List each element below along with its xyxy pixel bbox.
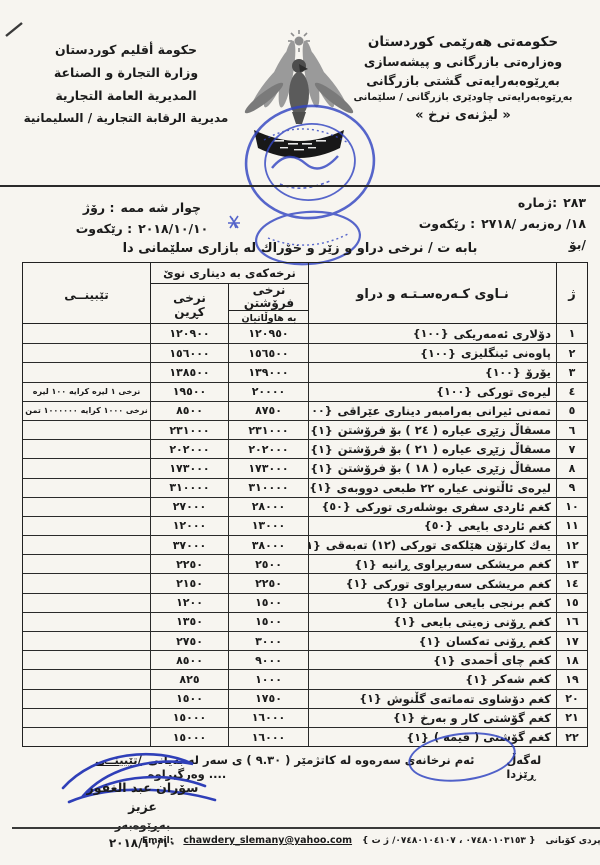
sell-price-cell: ١٢٠٩٥٠ — [229, 324, 309, 343]
column-header-buy-price: نرخى كڕین — [151, 284, 229, 326]
column-group-prices: نرخەكەى بە دینارى نوێ نرخى كڕین نرخى فرۆ… — [151, 263, 309, 326]
item-name: كغم مریشكى سەربڕاوى توركى — [373, 577, 551, 591]
item-name: كغم مریشكى سەربڕاوى ڕانیە — [382, 557, 551, 571]
item-name: مسقاڵ زێڕى عیارە ( ٢٤ ) بۆ فرۆشتن — [338, 423, 551, 437]
row-number-cell: ١٤ — [557, 573, 587, 592]
buy-price-cell: ١٧٣٠٠٠ — [151, 458, 229, 477]
item-name: كغم ئاردى بایعى — [458, 519, 551, 533]
item-name-cell: {١} یەك كارتۆن هێلكەى توركى (١٢) تەبەقى — [309, 535, 557, 554]
row-number-cell: ١٣ — [557, 554, 587, 573]
item-quantity: {١} — [309, 539, 321, 552]
item-quantity: {١٠٠} — [413, 327, 449, 340]
sell-price-cell: ٢٠٠٠٠ — [229, 382, 309, 401]
item-name-cell: {١} كغم دۆشاوى تەماتەى گڵنوش — [309, 689, 557, 708]
item-name: كغم ئاردى سفرى بوشلەرى توركى — [356, 500, 551, 514]
day-value: چوار شه ممه — [120, 197, 201, 218]
item-name: كغم دۆشاوى تەماتەى گڵنوش — [387, 692, 551, 706]
item-quantity: {١} — [309, 481, 331, 494]
row-number-cell: ٤ — [557, 382, 587, 401]
note-cell — [23, 458, 151, 477]
item-name: لیرەى ئاڵتونى عیارە ٢٢ طبعى دووبەى — [337, 481, 551, 495]
column-header-item-name: نـاوى كـەرەسـتـە و دراو — [309, 263, 557, 326]
footer-contact-line: Email: chawdery_slemany@yahoo.com { ٠٧٤٨… — [142, 835, 594, 846]
item-name: كغم چاى أحمدى — [461, 653, 551, 667]
row-number-cell: ٦ — [557, 420, 587, 439]
item-name-cell: {١} كغم ڕۆنى تەكسان — [309, 631, 557, 650]
row-number-cell: ٢٠ — [557, 689, 587, 708]
buy-price-cell: ٨٥٠٠ — [151, 401, 229, 420]
item-name-cell: {١} مسقاڵ زێڕى عیارە ( ٢٤ ) بۆ فرۆشتن — [309, 420, 557, 439]
row-number-cell: ١٦ — [557, 612, 587, 631]
item-name: پاوەنى ئینگلیزى — [461, 346, 551, 360]
buy-price-cell: ٢٢٥٠ — [151, 554, 229, 573]
header-left-arabic: حكومة أقليم كوردستان وزارة التجارة و الص… — [14, 38, 238, 130]
kurdish-date-value: ١٨/ رەزبەر /٢٧١٨ — [481, 213, 586, 234]
buy-price-cell: ٢٣١٠٠٠ — [151, 420, 229, 439]
row-number-cell: ٢٢ — [557, 727, 587, 746]
note-cell — [23, 689, 151, 708]
sell-price-cell: ٣٨٠٠٠ — [229, 535, 309, 554]
header-line: حكومة أقليم كوردستان — [14, 38, 238, 61]
document-meta-left: رۆژ : چوار شه ممه رێكەوت : ٢٠١٨/١٠/١٠ — [52, 197, 232, 239]
row-number-cell: ٣ — [557, 362, 587, 381]
item-quantity: {١} — [393, 615, 415, 628]
row-number-cell: ٩ — [557, 478, 587, 497]
note-cell — [23, 420, 151, 439]
header-line: المديرية العامة التجارية — [14, 84, 238, 107]
table-header: تێبینــى نرخەكەى بە دینارى نوێ نرخى كڕین… — [23, 263, 587, 324]
page-title: بابه ت / نرخى دراو و زێر و خۆراك له بازا… — [0, 241, 600, 256]
table-row: ١٣٥٠ ١٥٠٠ {١} كغم ڕۆنى زەیتى بایعى ١٦ — [23, 612, 587, 631]
table-row: ٢٢٥٠ ٢٥٠٠ {١} كغم مریشكى سەربڕاوى ڕانیە … — [23, 554, 587, 573]
header-line: مديرية الرقابة التجارية / السليمانية — [14, 107, 238, 130]
table-row: ١٥٠٠ ١٧٥٠ {١} كغم دۆشاوى تەماتەى گڵنوش ٢… — [23, 689, 587, 708]
header-line: حكومەتى هەرێمى كوردستان — [336, 33, 590, 52]
item-name-cell: {٥٠} كغم ئاردى بایعى — [309, 516, 557, 535]
item-quantity: {١} — [310, 462, 332, 475]
sell-price-cell: ٢٥٠٠ — [229, 554, 309, 573]
item-quantity: {١} — [359, 692, 381, 705]
item-quantity: {١} — [354, 558, 376, 571]
buy-price-cell: ١٥٠٠٠ — [151, 708, 229, 727]
buy-price-cell: ٢٠٢٠٠٠ — [151, 439, 229, 458]
item-name: دۆلارى ئەمەریكى — [454, 327, 551, 341]
item-name-cell: {١٠٠} دۆلارى ئەمەریكى — [309, 324, 557, 343]
item-name: مسقاڵ زێڕى عیارە ( ١٨ ) بۆ فرۆشتن — [338, 461, 551, 475]
row-number-cell: ١ — [557, 324, 587, 343]
office-address: كۆمەڵگەى بازرگانى / نزیك پردى كۆبانى — [545, 836, 600, 846]
note-cell — [23, 535, 151, 554]
row-number-cell: ٨ — [557, 458, 587, 477]
row-number-cell: ٧ — [557, 439, 587, 458]
item-name-cell: {١٠٠٠٠٠٠} تمەنى ئیرانى بەرامبەر دینارى ع… — [309, 401, 557, 420]
row-number-cell: ١٨ — [557, 650, 587, 669]
table-row: ١٧٣٠٠٠ ١٧٣٠٠٠ {١} مسقاڵ زێڕى عیارە ( ١٨ … — [23, 458, 587, 477]
item-name-cell: {١} كغم گۆشتى كار و بەرخ — [309, 708, 557, 727]
note-cell — [23, 669, 151, 688]
item-name-cell: {٥٠} كغم ئاردى سفرى بوشلەرى توركى — [309, 497, 557, 516]
gregorian-date-label: رێكەوت : — [76, 218, 132, 239]
note-cell — [23, 554, 151, 573]
sell-price-cell: ١٥٠٠ — [229, 593, 309, 612]
table-row: ١٥٦٠٠٠ ١٥٦٥٠٠ {١٠٠} پاوەنى ئینگلیزى ٢ — [23, 343, 587, 362]
item-name: كغم برنجى بایعى سامان — [413, 596, 551, 610]
row-number-cell: ١١ — [557, 516, 587, 535]
row-number-cell: ١٢ — [557, 535, 587, 554]
note-cell — [23, 362, 151, 381]
sell-price-cell: ١٥٦٥٠٠ — [229, 343, 309, 362]
buy-price-cell: ٢٧٥٠ — [151, 631, 229, 650]
note-cell: نرخى ١٠٠٠ كرایە ١٠٠٠٠٠٠ تمن — [23, 401, 151, 420]
table-row: ٨٢٥ ١٠٠٠ {١} كغم شەكر ١٩ — [23, 669, 587, 688]
sell-price-label: نرخى فرۆشتن — [229, 284, 309, 310]
note-cell — [23, 343, 151, 362]
item-quantity: {١} — [419, 635, 441, 648]
sell-price-cell: ١٦٠٠٠ — [229, 727, 309, 746]
item-name: لیرەى توركى — [477, 385, 551, 399]
row-number-cell: ٢ — [557, 343, 587, 362]
row-number-cell: ١٥ — [557, 593, 587, 612]
note-cell — [23, 573, 151, 592]
sell-price-cell: ١٣٠٠٠ — [229, 516, 309, 535]
sell-price-cell: ١٧٣٠٠٠ — [229, 458, 309, 477]
note-cell — [23, 497, 151, 516]
column-header-row-number: ژ — [557, 263, 587, 326]
item-quantity: {١} — [310, 443, 332, 456]
gregorian-date-value: ٢٠١٨/١٠/١٠ — [138, 218, 208, 239]
buy-price-cell: ٣١٠٠٠٠ — [151, 478, 229, 497]
scanned-price-list-document: حكومة أقليم كوردستان وزارة التجارة و الص… — [0, 0, 600, 865]
header-line: وەزارەتى بازرگانى و پیشەسازى — [336, 52, 590, 71]
header-line: بەڕێوەبەرایەتى گشتى بازرگانى — [336, 71, 590, 90]
item-quantity: {١٠٠} — [485, 366, 521, 379]
note-cell — [23, 593, 151, 612]
table-row: ٢٣١٠٠٠ ٢٣١٠٠٠ {١} مسقاڵ زێڕى عیارە ( ٢٤ … — [23, 420, 587, 439]
item-name: تمەنى ئیرانى بەرامبەر دینارى عێراقى — [338, 404, 552, 418]
item-name-cell: {١} كغم برنجى بایعى سامان — [309, 593, 557, 612]
table-body: ١٢٠٩٠٠ ١٢٠٩٥٠ {١٠٠} دۆلارى ئەمەریكى ١ ١٥… — [23, 324, 587, 746]
item-quantity: {١٠٠٠٠٠٠} — [309, 404, 333, 417]
note-cell — [23, 516, 151, 535]
note-cell — [23, 478, 151, 497]
buy-price-cell: ٢١٥٠ — [151, 573, 229, 592]
column-header-price-group: نرخەكەى بە دینارى نوێ — [151, 263, 308, 284]
table-row: ١٥٠٠٠ ١٦٠٠٠ {١} كغم گۆشتى كار و بەرخ ٢١ — [23, 708, 587, 727]
sell-price-cell: ٢٢٥٠ — [229, 573, 309, 592]
buy-price-cell: ٨٥٠٠ — [151, 650, 229, 669]
footer-divider-line — [12, 827, 600, 829]
table-row: نرخى ١ لیرە كرایە ١٠٠ لیرە ١٩٥٠٠ ٢٠٠٠٠ {… — [23, 382, 587, 401]
row-number-cell: ١٠ — [557, 497, 587, 516]
header-divider-line — [0, 185, 600, 187]
item-name-cell: {١} كغم مریشكى سەربڕاوى ڕانیە — [309, 554, 557, 573]
item-quantity: {١} — [433, 654, 455, 667]
buy-price-cell: ١٩٥٠٠ — [151, 382, 229, 401]
table-row: نرخى ١٠٠٠ كرایە ١٠٠٠٠٠٠ تمن ٨٥٠٠ ٨٧٥٠ {١… — [23, 401, 587, 420]
table-row: ١٢٠٠ ١٥٠٠ {١} كغم برنجى بایعى سامان ١٥ — [23, 593, 587, 612]
row-number-cell: ١٧ — [557, 631, 587, 650]
item-name-cell: {١} لیرەى ئاڵتونى عیارە ٢٢ طبعى دووبەى — [309, 478, 557, 497]
sell-price-cell: ٩٠٠٠ — [229, 650, 309, 669]
pen-mark — [4, 20, 26, 40]
item-name: كغم گۆشتى كار و بەرخ — [420, 711, 551, 725]
item-name: یەك كارتۆن هێلكەى توركى (١٢) تەبەقى — [326, 538, 551, 552]
buy-price-cell: ١٥٦٠٠٠ — [151, 343, 229, 362]
table-row: ٢٠٢٠٠٠ ٢٠٢٠٠٠ {١} مسقاڵ زێڕى عیارە ( ٢١ … — [23, 439, 587, 458]
note-cell — [23, 612, 151, 631]
table-row: ١٢٠٠٠ ١٣٠٠٠ {٥٠} كغم ئاردى بایعى ١١ — [23, 516, 587, 535]
day-label: رۆژ : — [83, 197, 115, 218]
sell-price-cell: ١٦٠٠٠ — [229, 708, 309, 727]
note-cell — [23, 708, 151, 727]
item-name: یۆرۆ — [526, 365, 551, 379]
column-header-notes: تێبینــى — [23, 263, 151, 326]
buy-price-cell: ١٢٠٩٠٠ — [151, 324, 229, 343]
price-table: تێبینــى نرخەكەى بە دینارى نوێ نرخى كڕین… — [22, 262, 588, 747]
item-quantity: {١} — [346, 577, 368, 590]
item-name: مسقاڵ زێڕى عیارە ( ٢١ ) بۆ فرۆشتن — [338, 442, 551, 456]
phone-numbers: { ٠٧٤٨٠١٠٣١٥٣ ، ٠٧٤٨٠١٠٤١٠٧/ ژ ت } — [362, 836, 535, 846]
buy-price-cell: ١٢٠٠٠ — [151, 516, 229, 535]
buy-price-cell: ٣٧٠٠٠ — [151, 535, 229, 554]
sell-price-cell: ٢٠٢٠٠٠ — [229, 439, 309, 458]
item-name-cell: {١٠٠} یۆرۆ — [309, 362, 557, 381]
item-name-cell: {١} كغم شەكر — [309, 669, 557, 688]
sell-price-cell: ١٣٩٠٠٠ — [229, 362, 309, 381]
item-quantity: {١٠٠} — [436, 385, 472, 398]
email-label: Email: — [142, 836, 173, 846]
sell-price-cell: ١٠٠٠ — [229, 669, 309, 688]
note-cell — [23, 439, 151, 458]
sell-price-cell: ٣١٠٠٠٠ — [229, 478, 309, 497]
item-name-cell: {١} مسقاڵ زێڕى عیارە ( ١٨ ) بۆ فرۆشتن — [309, 458, 557, 477]
item-name-cell: {١} كغم چاى أحمدى — [309, 650, 557, 669]
number-label: ژماره: — [518, 192, 557, 213]
number-value: ٢٨٣ — [563, 192, 586, 213]
table-row: ٢٧٥٠ ٣٠٠٠ {١} كغم ڕۆنى تەكسان ١٧ — [23, 631, 587, 650]
table-row: ٣١٠٠٠٠ ٣١٠٠٠٠ {١} لیرەى ئاڵتونى عیارە ٢٢… — [23, 478, 587, 497]
item-quantity: {١} — [310, 424, 332, 437]
item-quantity: {١} — [393, 711, 415, 724]
item-quantity: {١} — [386, 596, 408, 609]
item-quantity: {١٠٠} — [420, 347, 456, 360]
buy-price-cell: ١٥٠٠ — [151, 689, 229, 708]
email-address: chawdery_slemany@yahoo.com — [183, 835, 352, 846]
item-name-cell: {١٠٠} لیرەى توركى — [309, 382, 557, 401]
buy-price-cell: ٨٢٥ — [151, 669, 229, 688]
sell-price-cell: ٢٨٠٠٠ — [229, 497, 309, 516]
note-cell: نرخى ١ لیرە كرایە ١٠٠ لیرە — [23, 382, 151, 401]
table-row: ١٣٨٥٠٠ ١٣٩٠٠٠ {١٠٠} یۆرۆ ٣ — [23, 362, 587, 381]
buy-price-cell: ٢٧٠٠٠ — [151, 497, 229, 516]
item-quantity: {٥٠} — [322, 500, 351, 513]
item-name: كغم شەكر — [493, 672, 551, 686]
item-name-cell: {١٠٠} پاوەنى ئینگلیزى — [309, 343, 557, 362]
note-cell — [23, 631, 151, 650]
table-row: ٢٧٠٠٠ ٢٨٠٠٠ {٥٠} كغم ئاردى سفرى بوشلەرى … — [23, 497, 587, 516]
table-row: ٨٥٠٠ ٩٠٠٠ {١} كغم چاى أحمدى ١٨ — [23, 650, 587, 669]
table-row: ١٢٠٩٠٠ ١٢٠٩٥٠ {١٠٠} دۆلارى ئەمەریكى ١ — [23, 324, 587, 343]
sell-price-cell: ٣٠٠٠ — [229, 631, 309, 650]
buy-price-cell: ١٢٠٠ — [151, 593, 229, 612]
sell-price-cell: ٢٣١٠٠٠ — [229, 420, 309, 439]
row-number-cell: ٢١ — [557, 708, 587, 727]
table-row: ٢١٥٠ ٢٢٥٠ {١} كغم مریشكى سەربڕاوى توركى … — [23, 573, 587, 592]
sell-price-cell: ٨٧٥٠ — [229, 401, 309, 420]
buy-price-cell: ١٣٨٥٠٠ — [151, 362, 229, 381]
item-name-cell: {١} كغم مریشكى سەربڕاوى توركى — [309, 573, 557, 592]
item-name-cell: {١} مسقاڵ زێڕى عیارە ( ٢١ ) بۆ فرۆشتن — [309, 439, 557, 458]
note-cell — [23, 650, 151, 669]
header-line: وزارة التجارة و الصناعة — [14, 61, 238, 84]
item-quantity: {٥٠} — [424, 519, 453, 532]
signatory-name: سۆران عبد الغفور عزیز — [70, 778, 215, 816]
row-number-cell: ١٩ — [557, 669, 587, 688]
signatory-title: بەڕێوەبەر — [70, 816, 215, 834]
note-closing: لەگەڵ ڕێزدا — [506, 753, 565, 781]
item-name: كغم ڕۆنى زەیتى بایعى — [421, 615, 551, 629]
sell-price-cell: ١٥٠٠ — [229, 612, 309, 631]
column-header-sell-price: نرخى فرۆشتن بە هاوڵاتیان — [229, 284, 309, 326]
kurdish-date-label: رێكەوت : — [419, 213, 475, 234]
note-cell — [23, 324, 151, 343]
item-name-cell: {١} كغم ڕۆنى زەیتى بایعى — [309, 612, 557, 631]
buy-price-cell: ١٣٥٠ — [151, 612, 229, 631]
item-quantity: {١} — [465, 673, 487, 686]
sell-price-cell: ١٧٥٠ — [229, 689, 309, 708]
row-number-cell: ٥ — [557, 401, 587, 420]
item-name: كغم ڕۆنى تەكسان — [446, 634, 551, 648]
table-row: ٣٧٠٠٠ ٣٨٠٠٠ {١} یەك كارتۆن هێلكەى توركى … — [23, 535, 587, 554]
